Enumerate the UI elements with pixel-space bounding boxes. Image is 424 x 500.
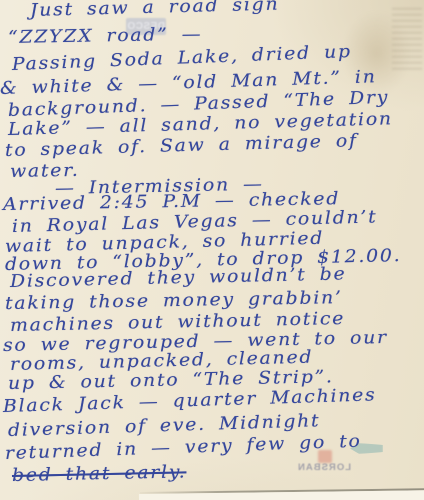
handwritten-line: “ZZYZX road” — (8, 27, 203, 48)
handwritten-line: Discovered they wouldn’t be (10, 266, 347, 291)
handwritten-note-page: DESCO LORSBAN Just saw a road sign“ZZYZX… (0, 0, 424, 500)
handwritten-line: Just saw a road sign (30, 0, 280, 20)
handwritten-line: bed that early. (12, 464, 187, 485)
handwriting-area: Just saw a road sign“ZZYZX road” —Passin… (0, 0, 424, 500)
